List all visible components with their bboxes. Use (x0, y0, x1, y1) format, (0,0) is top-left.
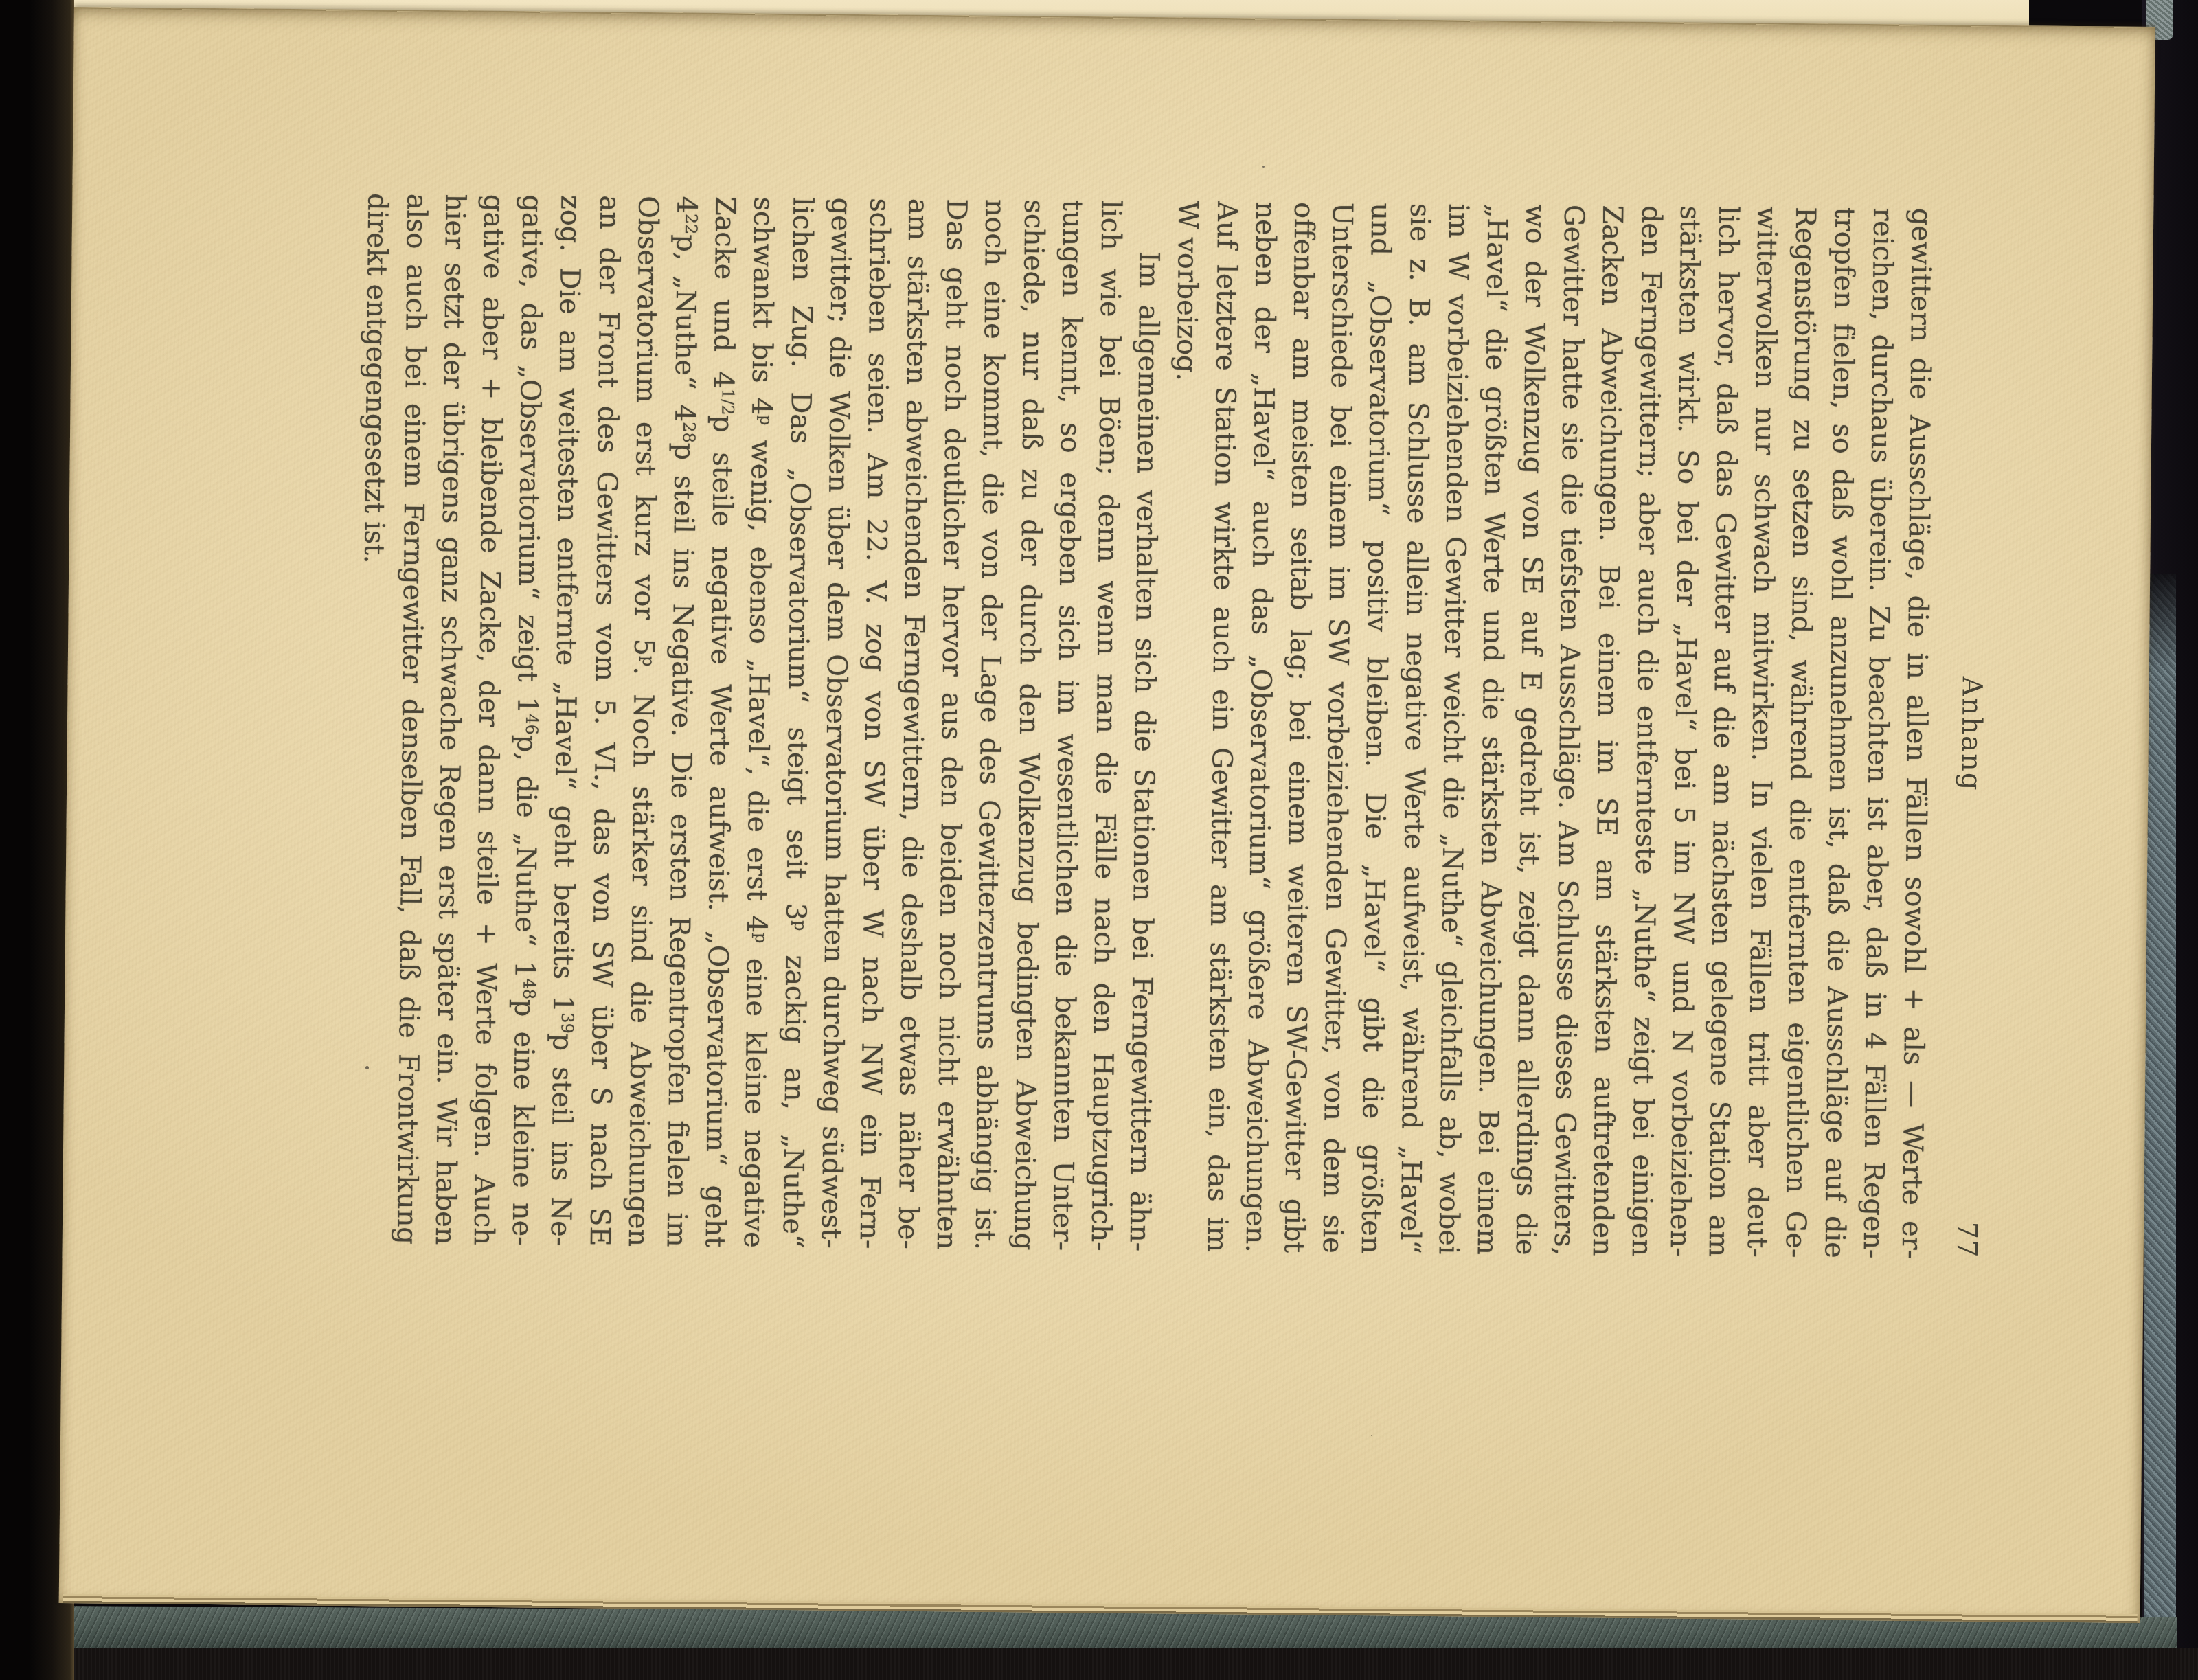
running-head-title: Anhang (1949, 208, 1995, 1259)
body-text: gewittern die Ausschläge, die in allen F… (348, 193, 1940, 1259)
cover-cloth-edge-right (2144, 574, 2176, 1657)
scanner-felt-bottom (0, 1648, 2198, 1680)
page-rotated-content: Anhang 77 gewittern die Ausschläge, die … (63, 8, 2155, 1608)
book-page: Anhang 77 gewittern die Ausschläge, die … (59, 7, 2155, 1623)
running-head: Anhang 77 (1949, 208, 1995, 1259)
page-number: 77 (1949, 1221, 1985, 1258)
dust-speck (365, 1066, 369, 1069)
scanned-book-photo: { "document": { "header": { "title": "An… (0, 0, 2198, 1680)
